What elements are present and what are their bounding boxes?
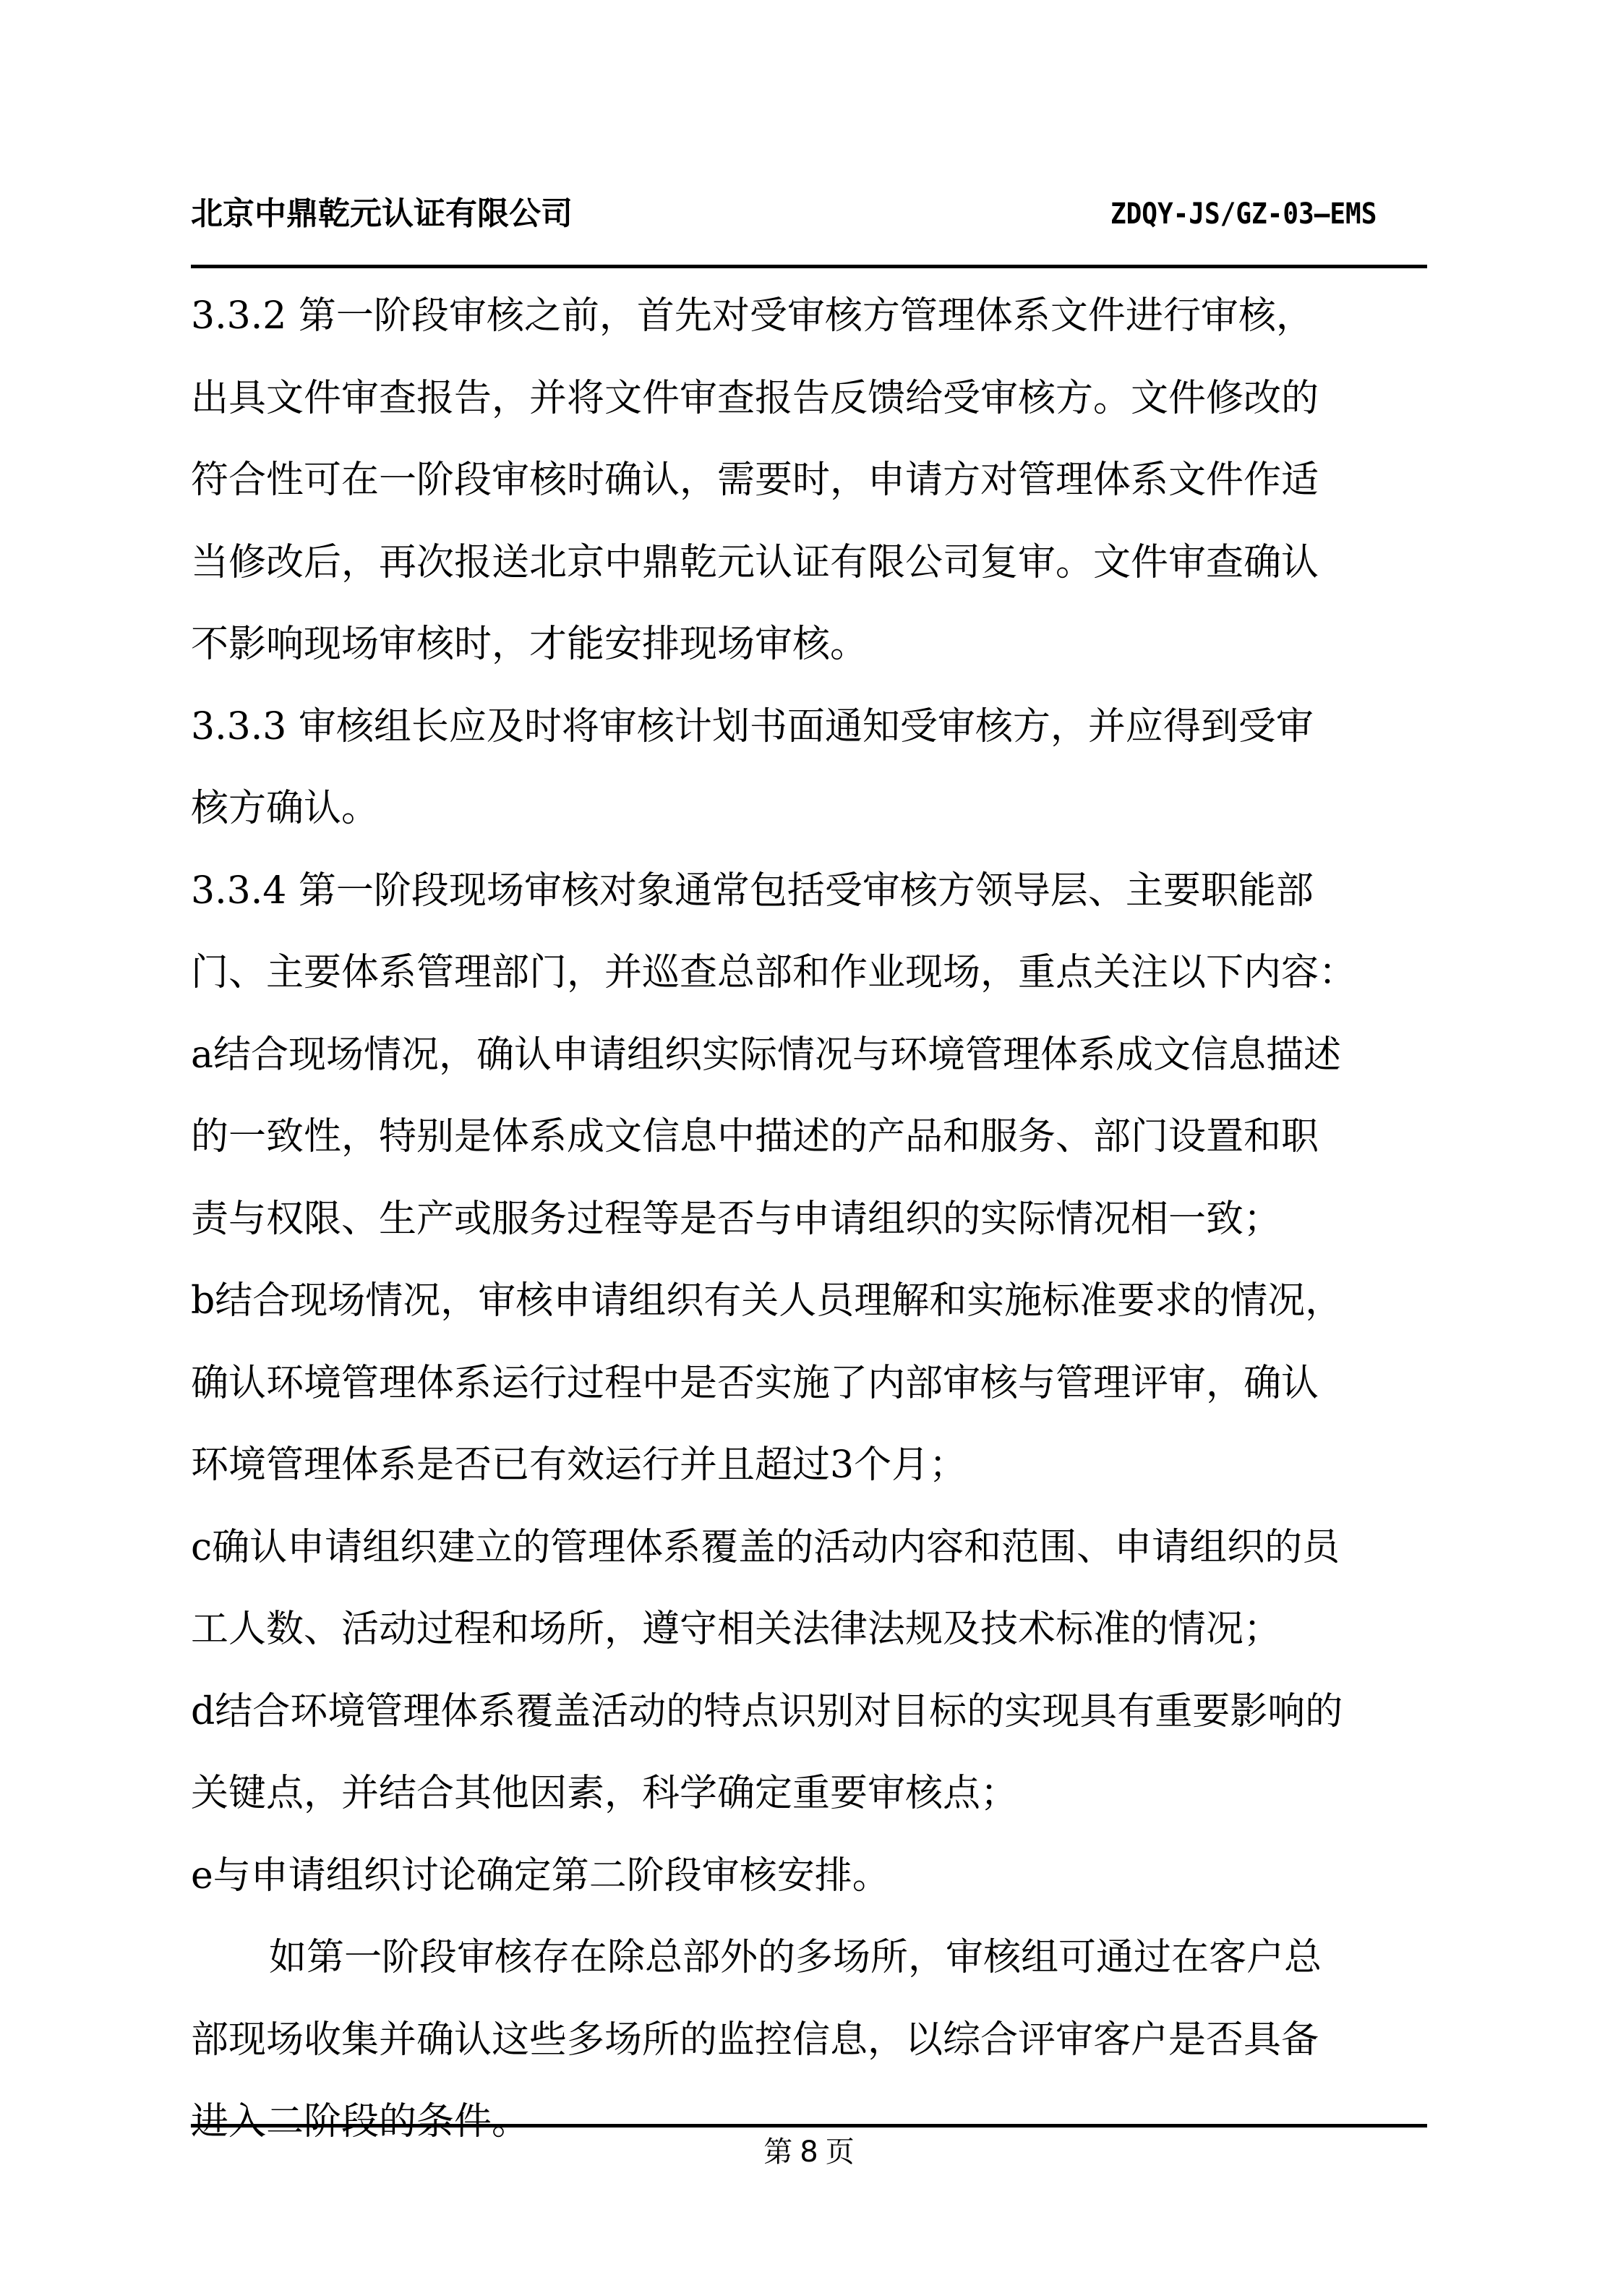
page-number-prefix: 第	[763, 2135, 792, 2169]
section-3-3-2-line-4: 当修改后，再次报送北京中鼎乾元认证有限公司复审。文件审查确认	[191, 522, 1405, 605]
section-3-3-4-line-2: 门、主要体系管理部门，并巡查总部和作业现场，重点关注以下内容：	[191, 932, 1405, 1015]
list-item-b-line-1: b结合现场情况，审核申请组织有关人员理解和实施标准要求的情况，	[191, 1260, 1405, 1343]
paragraph-multisite-line-1: 如第一阶段审核存在除总部外的多场所，审核组可通过在客户总	[191, 1917, 1405, 2000]
section-3-3-3-line-2: 核方确认。	[191, 768, 1405, 850]
list-item-c-line-1: c确认申请组织建立的管理体系覆盖的活动内容和范围、申请组织的员	[191, 1507, 1405, 1589]
page-header: 北京中鼎乾元认证有限公司 ZDQY-JS/GZ-03—EMS	[191, 194, 1377, 237]
section-3-3-2-line-2: 出具文件审查报告，并将文件审查报告反馈给受审核方。文件修改的	[191, 358, 1405, 440]
list-item-d-line-1: d结合环境管理体系覆盖活动的特点识别对目标的实现具有重要影响的	[191, 1671, 1405, 1754]
list-item-b-line-3: 环境管理体系是否已有效运行并且超过3个月；	[191, 1425, 1405, 1507]
list-item-a-line-1: a结合现场情况，确认申请组织实际情况与环境管理体系成文信息描述	[191, 1015, 1405, 1097]
paragraph-multisite-line-2: 部现场收集并确认这些多场所的监控信息，以综合评审客户是否具备	[191, 2000, 1405, 2082]
list-item-d-line-2: 关键点，并结合其他因素，科学确定重要审核点；	[191, 1753, 1405, 1835]
section-3-3-2-line-1: 3.3.2 第一阶段审核之前，首先对受审核方管理体系文件进行审核，	[191, 276, 1405, 358]
footer-divider	[191, 2124, 1427, 2128]
header-document-code: ZDQY-JS/GZ-03—EMS	[1110, 194, 1377, 234]
page-number-suffix: 页	[826, 2135, 855, 2169]
page-number: 8	[800, 2135, 818, 2169]
section-3-3-4-line-1: 3.3.4 第一阶段现场审核对象通常包括受审核方领导层、主要职能部	[191, 850, 1405, 933]
section-3-3-2-line-3: 符合性可在一阶段审核时确认，需要时，申请方对管理体系文件作适	[191, 440, 1405, 522]
list-item-b-line-2: 确认环境管理体系运行过程中是否实施了内部审核与管理评审，确认	[191, 1343, 1405, 1425]
header-divider	[191, 265, 1427, 268]
page-footer: 第8页	[0, 2132, 1618, 2172]
header-company-name: 北京中鼎乾元认证有限公司	[191, 194, 573, 234]
section-3-3-2-line-5: 不影响现场审核时，才能安排现场审核。	[191, 604, 1405, 686]
list-item-c-line-2: 工人数、活动过程和场所，遵守相关法律法规及技术标准的情况；	[191, 1589, 1405, 1671]
document-body: 3.3.2 第一阶段审核之前，首先对受审核方管理体系文件进行审核， 出具文件审查…	[191, 276, 1405, 2164]
list-item-a-line-3: 责与权限、生产或服务过程等是否与申请组织的实际情况相一致；	[191, 1179, 1405, 1261]
section-3-3-3-line-1: 3.3.3 审核组长应及时将审核计划书面通知受审核方，并应得到受审	[191, 686, 1405, 769]
list-item-e-line-1: e与申请组织讨论确定第二阶段审核安排。	[191, 1835, 1405, 1918]
list-item-a-line-2: 的一致性，特别是体系成文信息中描述的产品和服务、部门设置和职	[191, 1096, 1405, 1179]
